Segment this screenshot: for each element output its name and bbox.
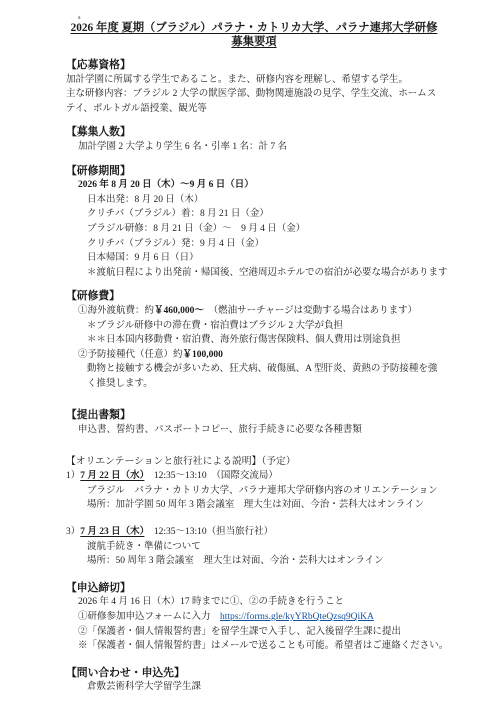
orientation-entry1-title: 1）7 月 22 日（水） 12:35～13:10 （国際交流局） (66, 469, 442, 484)
cost-note1: ＊ブラジル研修中の滞在費・宿泊費はブラジル 2 大学が負担 (66, 319, 442, 334)
document-page: s 2026 年度 夏期（ブラジル）パラナ・カトリカ大学、パラナ連邦大学研修 募… (0, 0, 500, 707)
documents-heading: 【提出書類】 (66, 408, 442, 423)
period-line: 日本帰国：9 月 6 日（日） (66, 251, 442, 266)
period-heading: 【研修期間】 (66, 164, 442, 179)
cost-item1: ①海外渡航費：約￥460,000～ （燃油サーチャージは変動する場合はあります） (66, 304, 442, 319)
period-line: クリチバ（ブラジル）発：9 月 4 日（金） (66, 237, 442, 252)
contact-line: 倉敷芸術科学大学留学生課 (66, 680, 442, 695)
entry1-time: 12:35～13:10 （国際交流局） (144, 471, 278, 481)
capacity-line: 加計学園 2 大学より学生 6 名・引率 1 名：計 7 名 (66, 140, 442, 155)
title-line1: 2026 年度 夏期（ブラジル）パラナ・カトリカ大学、パラナ連邦大学研修 (71, 22, 438, 34)
period-range: 2026 年 8 月 20 日（木）～9 月 6 日（日） (66, 178, 442, 193)
document-title: 2026 年度 夏期（ブラジル）パラナ・カトリカ大学、パラナ連邦大学研修 募集要… (66, 21, 442, 49)
qualification-line2: 主な研修内容：ブラジル 2 大学の獣医学部、動物関連施設の見学、学生交流、ホーム… (66, 87, 442, 116)
entry1-date: 7 月 22 日（水） (80, 471, 144, 481)
entry2-num: 3） (66, 527, 80, 537)
entry2-line1: 渡航手続き・準備について (66, 540, 442, 555)
entry2-time: 12:35～13:10（担当旅行社） (144, 527, 273, 537)
stray-mark: s (78, 14, 442, 21)
orientation-entry2-title: 3）7 月 23 日（木） 12:35～13:10（担当旅行社） (66, 525, 442, 540)
cost-item1-post: （燃油サーチャージは変動する場合はあります） (204, 306, 417, 316)
deadline-line4: ※「保護者・個人情報誓約書」はメールで送ることも可能。希望者はご連絡ください。 (66, 639, 442, 654)
cost-item2-amount: ￥100,000 (183, 350, 223, 360)
entry2-date: 7 月 23 日（木） (80, 527, 144, 537)
cost-note3: 動物と接触する機会が多いため、狂犬病、破傷風、A 型肝炎、黄熱の予防接種を強く推… (66, 362, 442, 391)
section-period: 【研修期間】 2026 年 8 月 20 日（木）～9 月 6 日（日） 日本出… (66, 164, 442, 281)
title-line2: 募集要項 (231, 36, 276, 48)
deadline-line2-pre: ①研修参加申込フォームに入力 (78, 612, 220, 622)
section-orientation: 【オリエンテーションと旅行社による説明】（予定） 1）7 月 22 日（水） 1… (66, 455, 442, 569)
deadline-heading: 【申込締切】 (66, 581, 442, 596)
qualification-line1: 加計学園に所属する学生であること。また、研修内容を理解し、希望する学生。 (66, 73, 442, 88)
contact-heading: 【問い合わせ・申込先】 (66, 666, 442, 681)
deadline-line3: ②「保護者・個人情報誓約書」を留学生課で入手し、記入後留学生課に提出 (66, 625, 442, 640)
entry2-line2: 場所：50 周年 3 階会議室 理大生は対面、今治・芸科大はオンライン (66, 554, 442, 569)
entry1-line1: ブラジル パラナ・カトリカ大学、パラナ連邦大学研修内容のオリエンテーション (66, 484, 442, 499)
period-line: クリチバ（ブラジル）着：8 月 21 日（金） (66, 207, 442, 222)
cost-item1-pre: ①海外渡航費：約 (78, 306, 154, 316)
section-deadline: 【申込締切】 2026 年 4 月 16 日（木）17 時までに①、②の手続きを… (66, 581, 442, 654)
orientation-entry-1: 1）7 月 22 日（水） 12:35～13:10 （国際交流局） ブラジル パ… (66, 469, 442, 513)
deadline-line2: ①研修参加申込フォームに入力 https://forms.gle/kyYRbQt… (66, 610, 442, 625)
section-documents: 【提出書類】 申込書、誓約書、パスポートコピー、旅行手続きに必要な各種書類 (66, 408, 442, 437)
section-capacity: 【募集人数】 加計学園 2 大学より学生 6 名・引率 1 名：計 7 名 (66, 125, 442, 154)
entry1-line2: 場所：加計学園 50 周年 3 階会議室 理大生は対面、今治・芸科大はオンライン (66, 498, 442, 513)
period-line: 日本出発：8 月 20 日（木） (66, 193, 442, 208)
entry1-num: 1） (66, 471, 80, 481)
section-contact: 【問い合わせ・申込先】 倉敷芸術科学大学留学生課 (66, 666, 442, 695)
orientation-heading: 【オリエンテーションと旅行社による説明】（予定） (66, 455, 442, 470)
deadline-line1: 2026 年 4 月 16 日（木）17 時までに①、②の手続きを行うこと (66, 595, 442, 610)
cost-note2: ＊＊日本国内移動費・宿泊費、海外旅行傷害保険料、個人費用は別途負担 (66, 333, 442, 348)
cost-item1-amount: ￥460,000～ (154, 306, 204, 316)
section-qualification: 【応募資格】 加計学園に所属する学生であること。また、研修内容を理解し、希望する… (66, 58, 442, 116)
cost-item2-pre: ②予防接種代（任意）約 (78, 350, 183, 360)
orientation-entry-2: 3）7 月 23 日（木） 12:35～13:10（担当旅行社） 渡航手続き・準… (66, 525, 442, 569)
documents-line: 申込書、誓約書、パスポートコピー、旅行手続きに必要な各種書類 (66, 423, 442, 438)
period-line: ブラジル研修：8 月 21 日（金）～ 9 月 4 日（金） (66, 222, 442, 237)
section-cost: 【研修費】 ①海外渡航費：約￥460,000～ （燃油サーチャージは変動する場合… (66, 289, 442, 391)
period-note: ＊渡航日程により出発前・帰国後、空港周辺ホテルでの宿泊が必要な場合があります (66, 266, 442, 281)
capacity-heading: 【募集人数】 (66, 125, 442, 140)
cost-heading: 【研修費】 (66, 289, 442, 304)
qualification-heading: 【応募資格】 (66, 58, 442, 73)
application-form-link[interactable]: https://forms.gle/kyYRbQteQzsq9QiKA (220, 612, 374, 622)
cost-item2: ②予防接種代（任意）約￥100,000 (66, 348, 442, 363)
